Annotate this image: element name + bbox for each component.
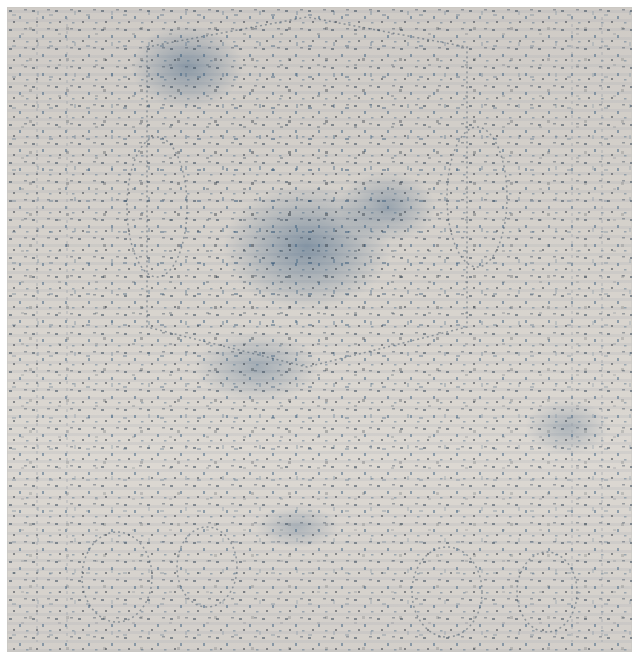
rug-photo — [7, 7, 632, 652]
rug-pattern — [7, 7, 632, 652]
